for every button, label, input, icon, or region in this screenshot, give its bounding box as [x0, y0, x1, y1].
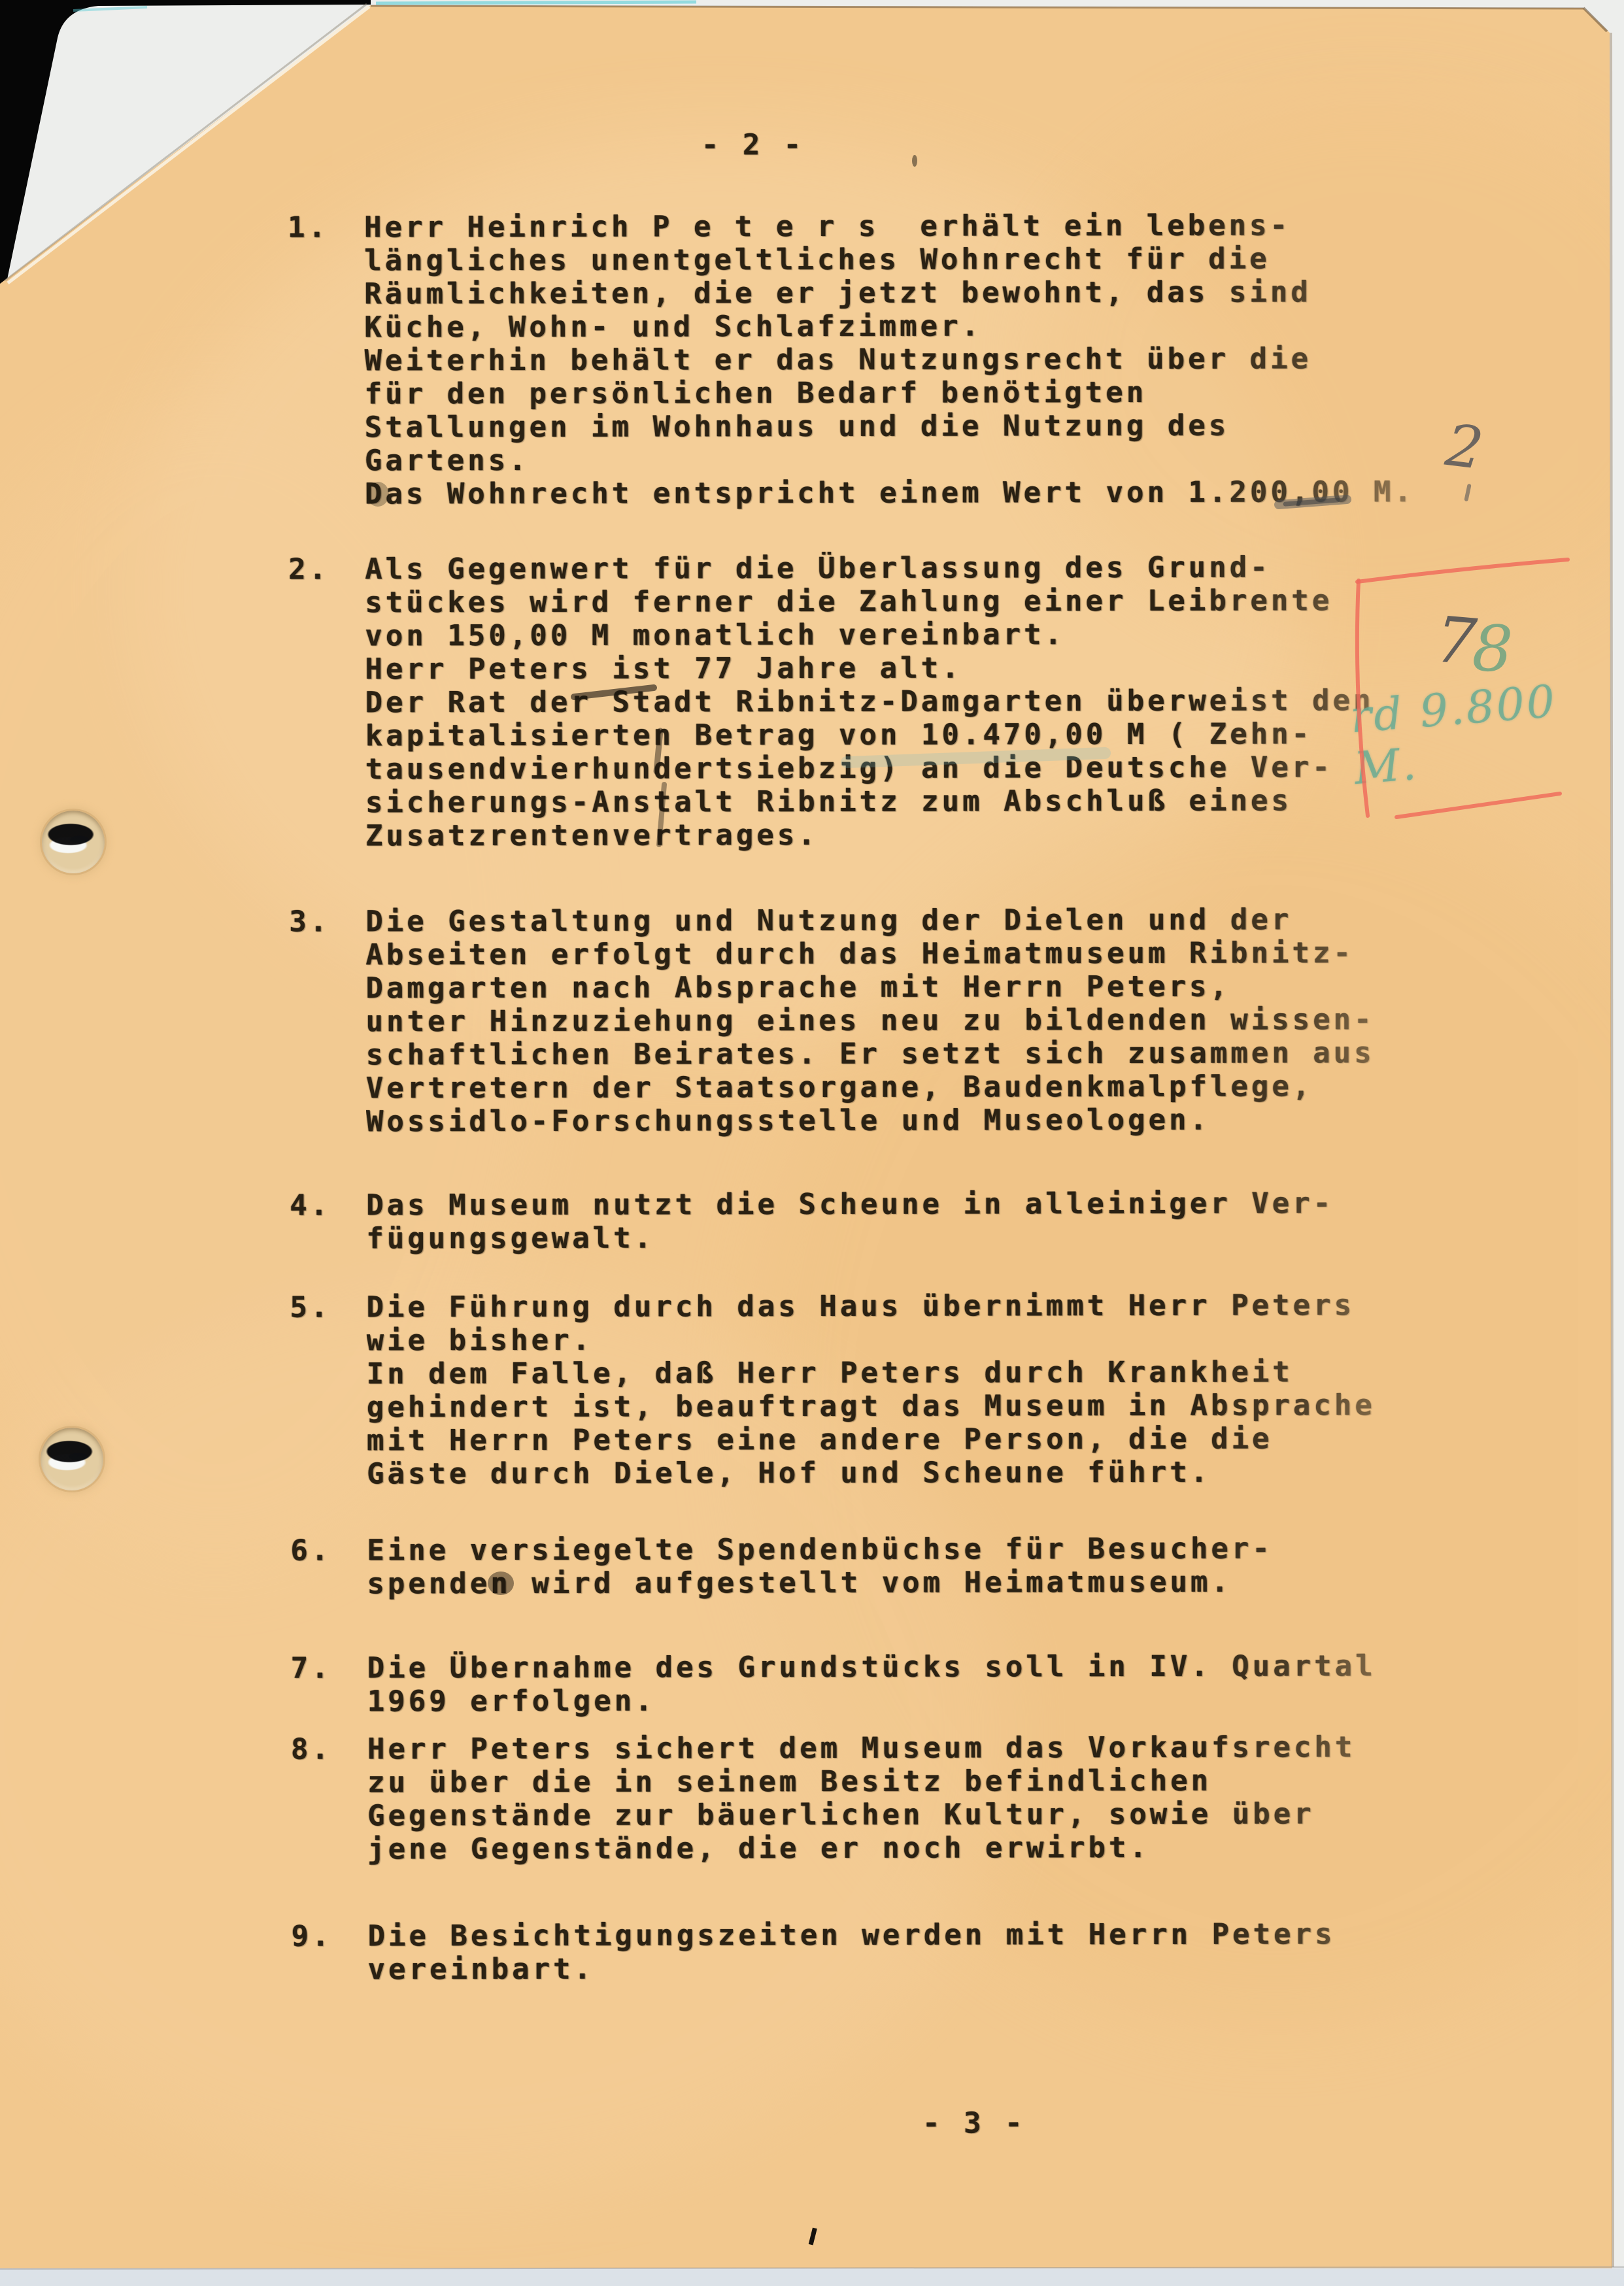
page-number-top: - 2 -	[702, 128, 805, 161]
text-line: stückes wird ferner die Zahlung einer Le…	[365, 584, 1450, 619]
text-line: Zusatzrentenvertrages.	[365, 817, 1451, 852]
item-number: 1.	[288, 211, 329, 244]
margin-amount-note: rd 9.800 M.	[1348, 671, 1624, 795]
text-line: von 150,00 M monatlich vereinbart.	[365, 617, 1450, 652]
text-line: spenden wird aufgestellt vom Heimatmuseu…	[367, 1565, 1452, 1600]
item-number: 6.	[290, 1534, 331, 1568]
text-line: gehindert ist, beauftragt das Museum in …	[367, 1388, 1452, 1424]
text-line: Der Rat der Stadt Ribnitz-Damgarten über…	[365, 684, 1451, 719]
text-line: Eine versiegelte Spendenbüchse für Besuc…	[367, 1532, 1452, 1567]
text-line: Gegenstände zur bäuerlichen Kultur, sowi…	[367, 1797, 1453, 1832]
typed-text-layer: - 2 - 1. Herr Heinrich P e t e r s erhäl…	[0, 0, 1624, 2286]
text-line: Damgarten nach Absprache mit Herrn Peter…	[365, 969, 1451, 1005]
list-item-1: 1. Herr Heinrich P e t e r s erhält ein …	[364, 209, 1450, 511]
text-line: In dem Falle, daß Herr Peters durch Kran…	[367, 1355, 1452, 1390]
item-number: 8.	[291, 1733, 332, 1766]
text-line: Wossidlo-Forschungsstelle und Museologen…	[366, 1103, 1451, 1138]
text-line: kapitalisierten Betrag von 10.470,00 M (…	[365, 717, 1451, 752]
text-line: Stallungen im Wohnhaus und die Nutzung d…	[365, 409, 1450, 444]
text-line: für den persönlichen Bedarf benötigten	[365, 375, 1450, 411]
text-line: Herr Peters sichert dem Museum das Vorka…	[367, 1730, 1453, 1766]
text-line: Küche, Wohn- und Schlafzimmer.	[364, 309, 1449, 344]
handwritten-number-green: 8	[1471, 611, 1514, 686]
text-line: jene Gegenstände, die er noch erwirbt.	[367, 1830, 1453, 1866]
text-line: tausendvierhundertsiebzig) an die Deutsc…	[365, 750, 1451, 786]
text-line: Abseiten erfolgt durch das Heimatmuseum …	[365, 936, 1451, 971]
item-number: 5.	[290, 1291, 331, 1324]
text-line: Als Gegenwert für die Überlassung des Gr…	[365, 550, 1450, 586]
text-line: 1969 erfolgen.	[367, 1683, 1453, 1718]
list-item-7: 7. Die Übernahme des Grundstücks soll in…	[367, 1649, 1453, 1718]
text-line: Die Führung durch das Haus übernimmt Her…	[366, 1288, 1451, 1324]
page-number-bottom: - 3 -	[922, 2106, 1026, 2140]
list-item-4: 4. Das Museum nutzt die Scheune in allei…	[366, 1186, 1451, 1255]
text-line: schaftlichen Beirates. Er setzt sich zus…	[366, 1036, 1451, 1071]
text-line: längliches unentgeltliches Wohnrecht für…	[364, 242, 1449, 277]
text-line: Vertretern der Staatsorgane, Baudenkmalp…	[366, 1069, 1451, 1105]
item-number: 3.	[289, 905, 330, 939]
scanned-document: - 2 - 1. Herr Heinrich P e t e r s erhäl…	[0, 0, 1624, 2286]
item-number: 9.	[291, 1920, 332, 1953]
text-line: wie bisher.	[367, 1322, 1452, 1357]
text-line: vereinbart.	[368, 1951, 1453, 1986]
text-line: Herr Peters ist 77 Jahre alt.	[365, 650, 1450, 686]
item-number: 2.	[288, 553, 330, 586]
text-line: mit Herrn Peters eine andere Person, die…	[367, 1422, 1452, 1457]
text-line: Räumlichkeiten, die er jetzt bewohnt, da…	[364, 275, 1449, 311]
text-line: unter Hinzuziehung eines neu zu bildende…	[366, 1003, 1451, 1038]
punch-hole-top	[42, 811, 105, 873]
list-item-5: 5. Die Führung durch das Haus übernimmt …	[366, 1288, 1452, 1490]
list-item-8: 8. Herr Peters sichert dem Museum das Vo…	[367, 1730, 1453, 1866]
text-line: Herr Heinrich P e t e r s erhält ein leb…	[364, 209, 1449, 244]
list-item-2: 2. Als Gegenwert für die Überlassung des…	[365, 550, 1451, 852]
text-line: Das Museum nutzt die Scheune in alleinig…	[366, 1186, 1451, 1222]
text-line: Gäste durch Diele, Hof und Scheune führt…	[367, 1455, 1452, 1490]
text-line: Die Übernahme des Grundstücks soll in IV…	[367, 1649, 1453, 1685]
item-number: 4.	[290, 1189, 331, 1222]
text-line: Das Wohnrecht entspricht einem Wert von …	[365, 475, 1450, 511]
list-item-3: 3. Die Gestaltung und Nutzung der Dielen…	[365, 903, 1451, 1138]
text-line: Die Gestaltung und Nutzung der Dielen un…	[365, 903, 1451, 938]
item-number: 7.	[291, 1652, 332, 1685]
text-line: sicherungs-Anstalt Ribnitz zum Abschluß …	[365, 784, 1451, 819]
text-line: zu über die in seinem Besitz befindliche…	[367, 1764, 1453, 1799]
text-line: fügungsgewalt.	[366, 1220, 1451, 1255]
list-item-9: 9. Die Besichtigungszeiten werden mit He…	[367, 1917, 1453, 1986]
text-line: Die Besichtigungszeiten werden mit Herrn…	[367, 1917, 1453, 1953]
text-line: Weiterhin behält er das Nutzungsrecht üb…	[364, 342, 1449, 377]
text-line: Gartens.	[365, 442, 1450, 477]
punch-hole-bottom	[41, 1428, 103, 1490]
list-item-6: 6. Eine versiegelte Spendenbüchse für Be…	[367, 1532, 1452, 1600]
